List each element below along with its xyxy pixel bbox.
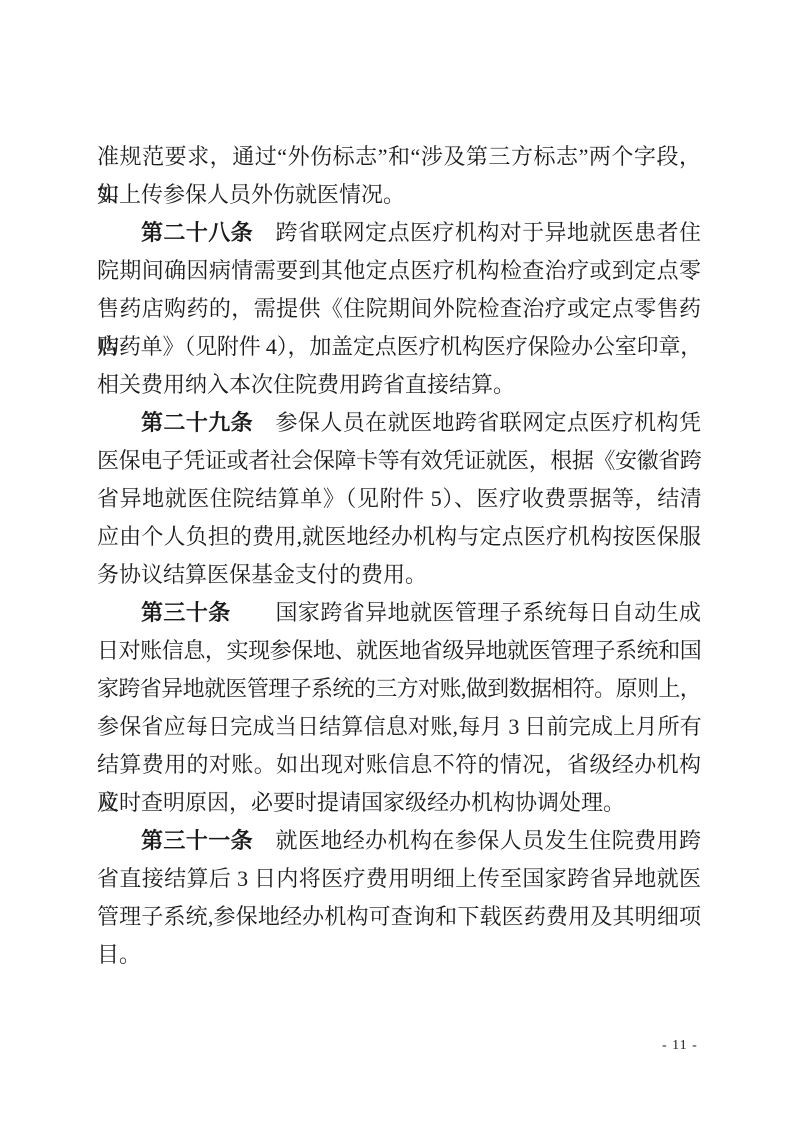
paragraph-first-line: 第二十九条 参保人员在就医地跨省联网定点医疗机构凭 xyxy=(97,404,701,442)
body-line: 家跨省异地就医管理子系统的三方对账,做到数据相符。原则上， xyxy=(97,670,701,708)
body-line: 参保省应每日完成当日结算信息对账,每月 3 日前完成上月所有 xyxy=(97,708,701,746)
line-text: 购药单》（见附件 4），加盖定点医疗机构医疗保险办公室印章， xyxy=(97,334,701,359)
body-line: 院期间确因病情需要到其他定点医疗机构检查治疗或到定点零 xyxy=(97,252,701,290)
document-page: 准规范要求，通过“外伤标志”和“涉及第三方标志”两个字段，如 实上传参保人员外伤… xyxy=(0,0,793,1122)
document-body: 准规范要求，通过“外伤标志”和“涉及第三方标志”两个字段，如 实上传参保人员外伤… xyxy=(97,138,701,974)
line-text: 省异地就医住院结算单》（见附件 5）、医疗收费票据等，结清 xyxy=(97,486,701,511)
paragraph-first-line: 第二十八条 跨省联网定点医疗机构对于异地就医患者住 xyxy=(97,214,701,252)
body-line: 售药店购药的，需提供《住院期间外院检查治疗或定点零售药店 xyxy=(97,290,701,328)
line-text: 家跨省异地就医管理子系统的三方对账,做到数据相符。原则上， xyxy=(97,676,701,701)
line-text: 相关费用纳入本次住院费用跨省直接结算。 xyxy=(97,372,515,397)
line-text: 应由个人负担的费用,就医地经办机构与定点医疗机构按医保服 xyxy=(97,524,701,549)
body-line: 管理子系统,参保地经办机构可查询和下载医药费用及其明细项 xyxy=(97,898,701,936)
line-text: 管理子系统,参保地经办机构可查询和下载医药费用及其明细项 xyxy=(97,904,701,929)
line-text: 日对账信息，实现参保地、就医地省级异地就医管理子系统和国 xyxy=(97,638,701,663)
article-number: 第二十八条 xyxy=(141,220,253,245)
body-line: 日对账信息，实现参保地、就医地省级异地就医管理子系统和国 xyxy=(97,632,701,670)
line-text: 国家跨省异地就医管理子系统每日自动生成 xyxy=(231,600,701,625)
paragraph-first-line: 第三十一条 就医地经办机构在参保人员发生住院费用跨 xyxy=(97,822,701,860)
body-line: 及时查明原因，必要时提请国家级经办机构协调处理。 xyxy=(97,784,701,822)
body-line: 省直接结算后 3 日内将医疗费用明细上传至国家跨省异地就医 xyxy=(97,860,701,898)
line-text: 及时查明原因，必要时提请国家级经办机构协调处理。 xyxy=(97,790,625,815)
article-number: 第二十九条 xyxy=(141,410,253,435)
line-text: 就医地经办机构在参保人员发生住院费用跨 xyxy=(253,828,701,853)
body-line: 结算费用的对账。如出现对账信息不符的情况，省级经办机构应 xyxy=(97,746,701,784)
article-number: 第三十一条 xyxy=(141,828,253,853)
line-text: 医保电子凭证或者社会保障卡等有效凭证就医，根据《安徽省跨 xyxy=(97,448,701,473)
body-line: 省异地就医住院结算单》（见附件 5）、医疗收费票据等，结清 xyxy=(97,480,701,518)
line-text: 跨省联网定点医疗机构对于异地就医患者住 xyxy=(253,220,701,245)
body-line: 准规范要求，通过“外伤标志”和“涉及第三方标志”两个字段，如 xyxy=(97,138,701,176)
line-text: 院期间确因病情需要到其他定点医疗机构检查治疗或到定点零 xyxy=(97,258,701,283)
body-line: 购药单》（见附件 4），加盖定点医疗机构医疗保险办公室印章， xyxy=(97,328,701,366)
body-line: 务协议结算医保基金支付的费用。 xyxy=(97,556,701,594)
line-text: 务协议结算医保基金支付的费用。 xyxy=(97,562,427,587)
line-text: 参保省应每日完成当日结算信息对账,每月 3 日前完成上月所有 xyxy=(97,714,701,739)
line-text: 目。 xyxy=(97,942,141,967)
body-line: 目。 xyxy=(97,936,701,974)
line-text: 实上传参保人员外伤就医情况。 xyxy=(97,182,405,207)
body-line: 实上传参保人员外伤就医情况。 xyxy=(97,176,701,214)
article-number: 第三十条 xyxy=(141,600,231,625)
body-line: 相关费用纳入本次住院费用跨省直接结算。 xyxy=(97,366,701,404)
line-text: 省直接结算后 3 日内将医疗费用明细上传至国家跨省异地就医 xyxy=(97,866,701,891)
body-line: 应由个人负担的费用,就医地经办机构与定点医疗机构按医保服 xyxy=(97,518,701,556)
footer-page-number: - 11 - xyxy=(662,1038,698,1054)
line-text: 参保人员在就医地跨省联网定点医疗机构凭 xyxy=(253,410,701,435)
body-line: 医保电子凭证或者社会保障卡等有效凭证就医，根据《安徽省跨 xyxy=(97,442,701,480)
paragraph-first-line: 第三十条 国家跨省异地就医管理子系统每日自动生成 xyxy=(97,594,701,632)
